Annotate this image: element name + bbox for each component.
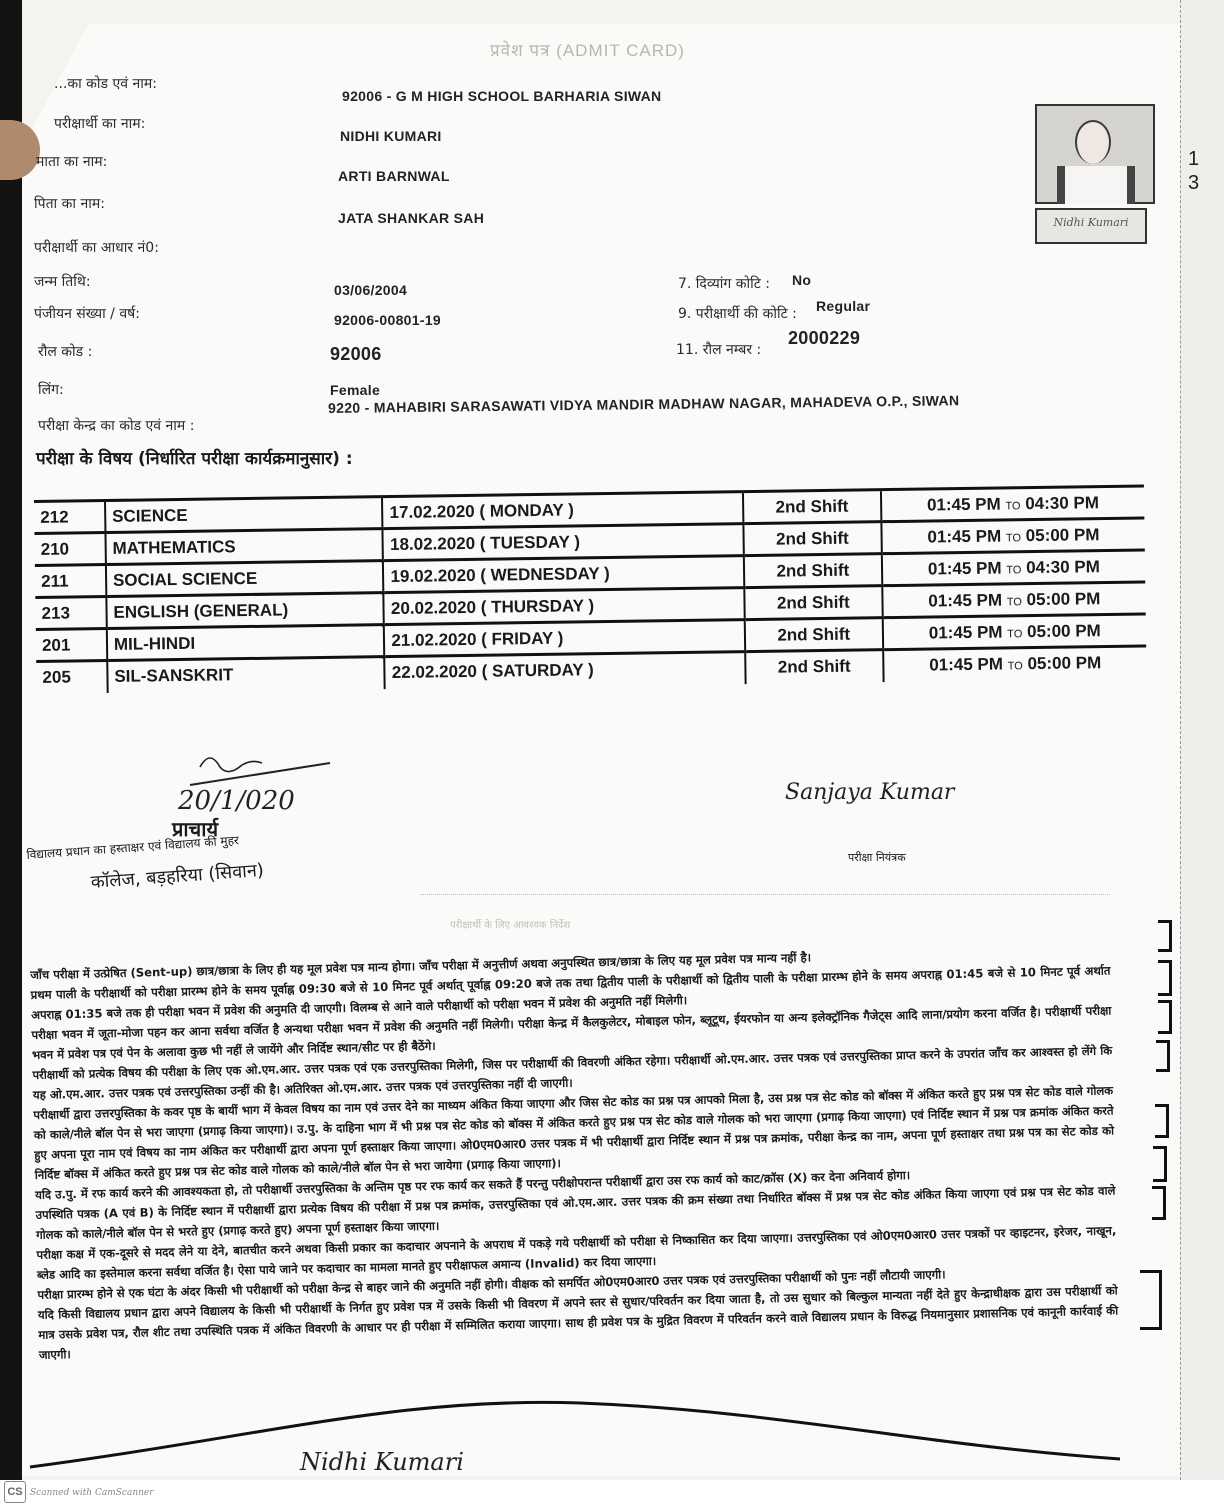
exam-shift: 2nd Shift <box>745 650 883 684</box>
to-separator: TO <box>1005 500 1020 512</box>
margin-bracket <box>1158 960 1172 996</box>
margin-bracket <box>1153 1146 1167 1182</box>
margin-bracket <box>1158 920 1172 952</box>
student-name-value: NIDHI KUMARI <box>340 128 442 144</box>
father-name-label: पिता का नाम: <box>34 194 105 213</box>
margin-bracket <box>1156 1040 1170 1072</box>
start-time: 01:45 PM <box>929 655 1003 675</box>
controller-label: परीक्षा नियंत्रक <box>848 850 906 865</box>
mother-name-value: ARTI BARNWAL <box>338 168 450 184</box>
subject-name: SIL-SANSKRIT <box>107 657 385 693</box>
exam-shift: 2nd Shift <box>744 554 882 588</box>
start-time: 01:45 PM <box>929 622 1003 642</box>
dob-label: जन्म तिथि: <box>34 272 91 291</box>
camscanner-logo: CS <box>4 1481 26 1503</box>
exam-date: 21.02.2020 ( FRIDAY ) <box>384 620 745 657</box>
mother-name-label: माता का नाम: <box>36 152 107 171</box>
photo-signature-box: Nidhi Kumari <box>1035 208 1147 244</box>
end-time: 05:00 PM <box>1026 525 1100 545</box>
exam-shift: 2nd Shift <box>743 490 881 524</box>
exam-schedule-table: 212SCIENCE17.02.2020 ( MONDAY )2nd Shift… <box>34 485 1147 694</box>
subject-name: SOCIAL SCIENCE <box>106 561 384 597</box>
gender-label: लिंग: <box>38 380 64 399</box>
exam-shift: 2nd Shift <box>744 586 882 620</box>
subject-name: MATHEMATICS <box>105 529 383 565</box>
exam-time: 01:45 PM TO 05:00 PM <box>882 614 1146 650</box>
subject-code: 205 <box>36 660 107 693</box>
subject-code: 212 <box>34 501 105 534</box>
subject-name: MIL-HINDI <box>107 625 385 661</box>
footer-bar <box>0 1480 1224 1507</box>
school-value: 92006 - G M HIGH SCHOOL BARHARIA SIWAN <box>342 88 661 104</box>
to-separator: TO <box>1006 532 1021 544</box>
start-time: 01:45 PM <box>927 494 1001 514</box>
student-signature: Nidhi Kumari <box>300 1448 464 1476</box>
subject-code: 211 <box>35 565 106 598</box>
margin-bracket <box>1158 1000 1172 1034</box>
student-photo <box>1035 104 1155 204</box>
to-separator: TO <box>1007 596 1022 608</box>
end-time: 05:00 PM <box>1026 589 1100 609</box>
divider <box>420 894 1110 895</box>
category-label: 9. परीक्षार्थी की कोटि : <box>678 304 797 323</box>
exam-date: 22.02.2020 ( SATURDAY ) <box>385 652 746 689</box>
exam-date: 19.02.2020 ( WEDNESDAY ) <box>383 556 744 593</box>
exam-time: 01:45 PM TO 04:30 PM <box>881 486 1145 522</box>
svg-text:20/1/020: 20/1/020 <box>177 786 295 815</box>
start-time: 01:45 PM <box>927 526 1001 546</box>
school-label: ...का कोड एवं नाम: <box>54 74 157 93</box>
exam-time: 01:45 PM TO 05:00 PM <box>882 582 1146 618</box>
exam-shift: 2nd Shift <box>743 522 881 556</box>
exam-subjects-heading: परीक्षा के विषय (निर्धारित परीक्षा कार्य… <box>36 446 353 469</box>
margin-mark-2: 3 <box>1188 172 1199 195</box>
subject-code: 213 <box>35 597 106 630</box>
end-time: 05:00 PM <box>1027 653 1101 673</box>
center-label: परीक्षा केन्द्र का कोड एवं नाम : <box>38 416 194 435</box>
registration-label: पंजीयन संख्या / वर्ष: <box>34 304 140 323</box>
margin-bracket <box>1152 1186 1166 1220</box>
exam-shift: 2nd Shift <box>745 618 883 652</box>
roll-number-label: 11. रौल नम्बर : <box>676 340 761 359</box>
controller-signature: Sanjaya Kumar <box>785 780 954 805</box>
to-separator: TO <box>1008 660 1023 672</box>
end-time: 05:00 PM <box>1027 621 1101 641</box>
father-name-value: JATA SHANKAR SAH <box>338 210 484 226</box>
roll-number-value: 2000229 <box>788 328 860 349</box>
exam-time: 01:45 PM TO 04:30 PM <box>882 550 1146 586</box>
exam-date: 18.02.2020 ( TUESDAY ) <box>383 524 744 561</box>
disability-value: No <box>792 272 811 288</box>
start-time: 01:45 PM <box>928 590 1002 610</box>
document-title: प्रवेश पत्र (ADMIT CARD) <box>490 38 685 61</box>
principal-signature: 20/1/020 <box>170 745 350 815</box>
roll-code-label: रौल कोड : <box>38 342 92 361</box>
margin-mark-1: 1 <box>1188 148 1199 171</box>
scan-left-edge <box>0 0 22 1480</box>
margin-bracket <box>1155 1104 1169 1138</box>
photo-body <box>1057 166 1135 204</box>
roll-code-value: 92006 <box>330 344 382 365</box>
instructions-heading: परीक्षार्थी के लिए आवश्यक निर्देश <box>450 917 570 931</box>
exam-time: 01:45 PM TO 05:00 PM <box>883 646 1147 682</box>
gender-value: Female <box>330 382 380 398</box>
adjacent-page-strip <box>1180 0 1224 1480</box>
student-name-label: परीक्षार्थी का नाम: <box>54 114 145 133</box>
paper-curl-edge <box>20 1395 1120 1475</box>
camscanner-text: Scanned with CamScanner <box>30 1488 154 1498</box>
subject-code: 201 <box>36 628 107 661</box>
to-separator: TO <box>1006 564 1021 576</box>
aadhaar-label: परीक्षार्थी का आधार नं0: <box>34 238 159 257</box>
to-separator: TO <box>1007 628 1022 640</box>
photo-face <box>1075 120 1111 164</box>
subject-name: SCIENCE <box>105 497 383 533</box>
start-time: 01:45 PM <box>928 558 1002 578</box>
category-value: Regular <box>816 298 870 314</box>
end-time: 04:30 PM <box>1026 557 1100 577</box>
exam-time: 01:45 PM TO 05:00 PM <box>881 518 1145 554</box>
subject-code: 210 <box>34 533 105 566</box>
exam-date: 17.02.2020 ( MONDAY ) <box>382 492 743 529</box>
end-time: 04:30 PM <box>1025 493 1099 513</box>
exam-date: 20.02.2020 ( THURSDAY ) <box>384 588 745 625</box>
instructions-block: जाँच परीक्षा में उत्प्रेषित (Sent-up) छा… <box>30 940 1119 1364</box>
registration-value: 92006-00801-19 <box>334 312 441 328</box>
margin-bracket <box>1140 1270 1162 1330</box>
disability-label: 7. दिव्यांग कोटि : <box>678 274 770 293</box>
subject-name: ENGLISH (GENERAL) <box>106 593 384 629</box>
dob-value: 03/06/2004 <box>334 282 407 298</box>
